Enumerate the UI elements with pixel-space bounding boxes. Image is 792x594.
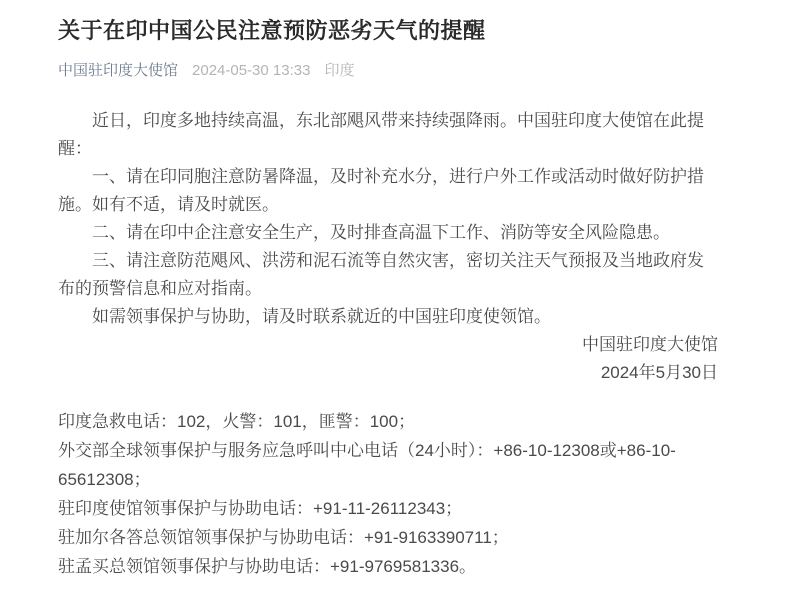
publish-location: 印度 (324, 62, 354, 79)
paragraph-consular: 如需领事保护与协助，请及时联系就近的中国驻印度使领馆。 (58, 303, 718, 331)
publish-timestamp: 2024-05-30 13:33 (192, 62, 310, 79)
contact-line-embassy: 驻印度使馆领事保护与协助电话：+91-11-26112343； (58, 494, 718, 523)
article-body: 近日，印度多地持续高温，东北部飓风带来持续强降雨。中国驻印度大使馆在此提醒： 一… (58, 107, 718, 387)
signature-date: 2024年5月30日 (58, 359, 718, 387)
article-page: 关于在印中国公民注意预防恶劣天气的提醒 中国驻印度大使馆2024-05-30 1… (0, 0, 792, 594)
paragraph-point-1: 一、请在印同胞注意防暑降温，及时补充水分，进行户外工作或活动时做好防护措施。如有… (58, 163, 718, 219)
article-title: 关于在印中国公民注意预防恶劣天气的提醒 (58, 16, 718, 46)
article-meta: 中国驻印度大使馆2024-05-30 13:33印度 (58, 61, 718, 81)
contact-line-mfa-hotline: 外交部全球领事保护与服务应急呼叫中心电话（24小时）：+86-10-12308或… (58, 436, 718, 494)
contact-line-mumbai-consulate: 驻孟买总领馆领事保护与协助电话：+91-9769581336。 (58, 552, 718, 581)
account-name-link[interactable]: 中国驻印度大使馆 (58, 62, 178, 79)
signature-name: 中国驻印度大使馆 (58, 331, 718, 359)
contact-line-kolkata-consulate: 驻加尔各答总领馆领事保护与协助电话：+91-9163390711； (58, 523, 718, 552)
paragraph-point-2: 二、请在印中企注意安全生产，及时排查高温下工作、消防等安全风险隐患。 (58, 219, 718, 247)
paragraph-intro: 近日，印度多地持续高温，东北部飓风带来持续强降雨。中国驻印度大使馆在此提醒： (58, 107, 718, 163)
paragraph-point-3: 三、请注意防范飓风、洪涝和泥石流等自然灾害，密切关注天气预报及当地政府发布的预警… (58, 247, 718, 303)
contact-list: 印度急救电话：102，火警：101，匪警：100； 外交部全球领事保护与服务应急… (58, 407, 718, 581)
contact-line-india-emergency: 印度急救电话：102，火警：101，匪警：100； (58, 407, 718, 436)
